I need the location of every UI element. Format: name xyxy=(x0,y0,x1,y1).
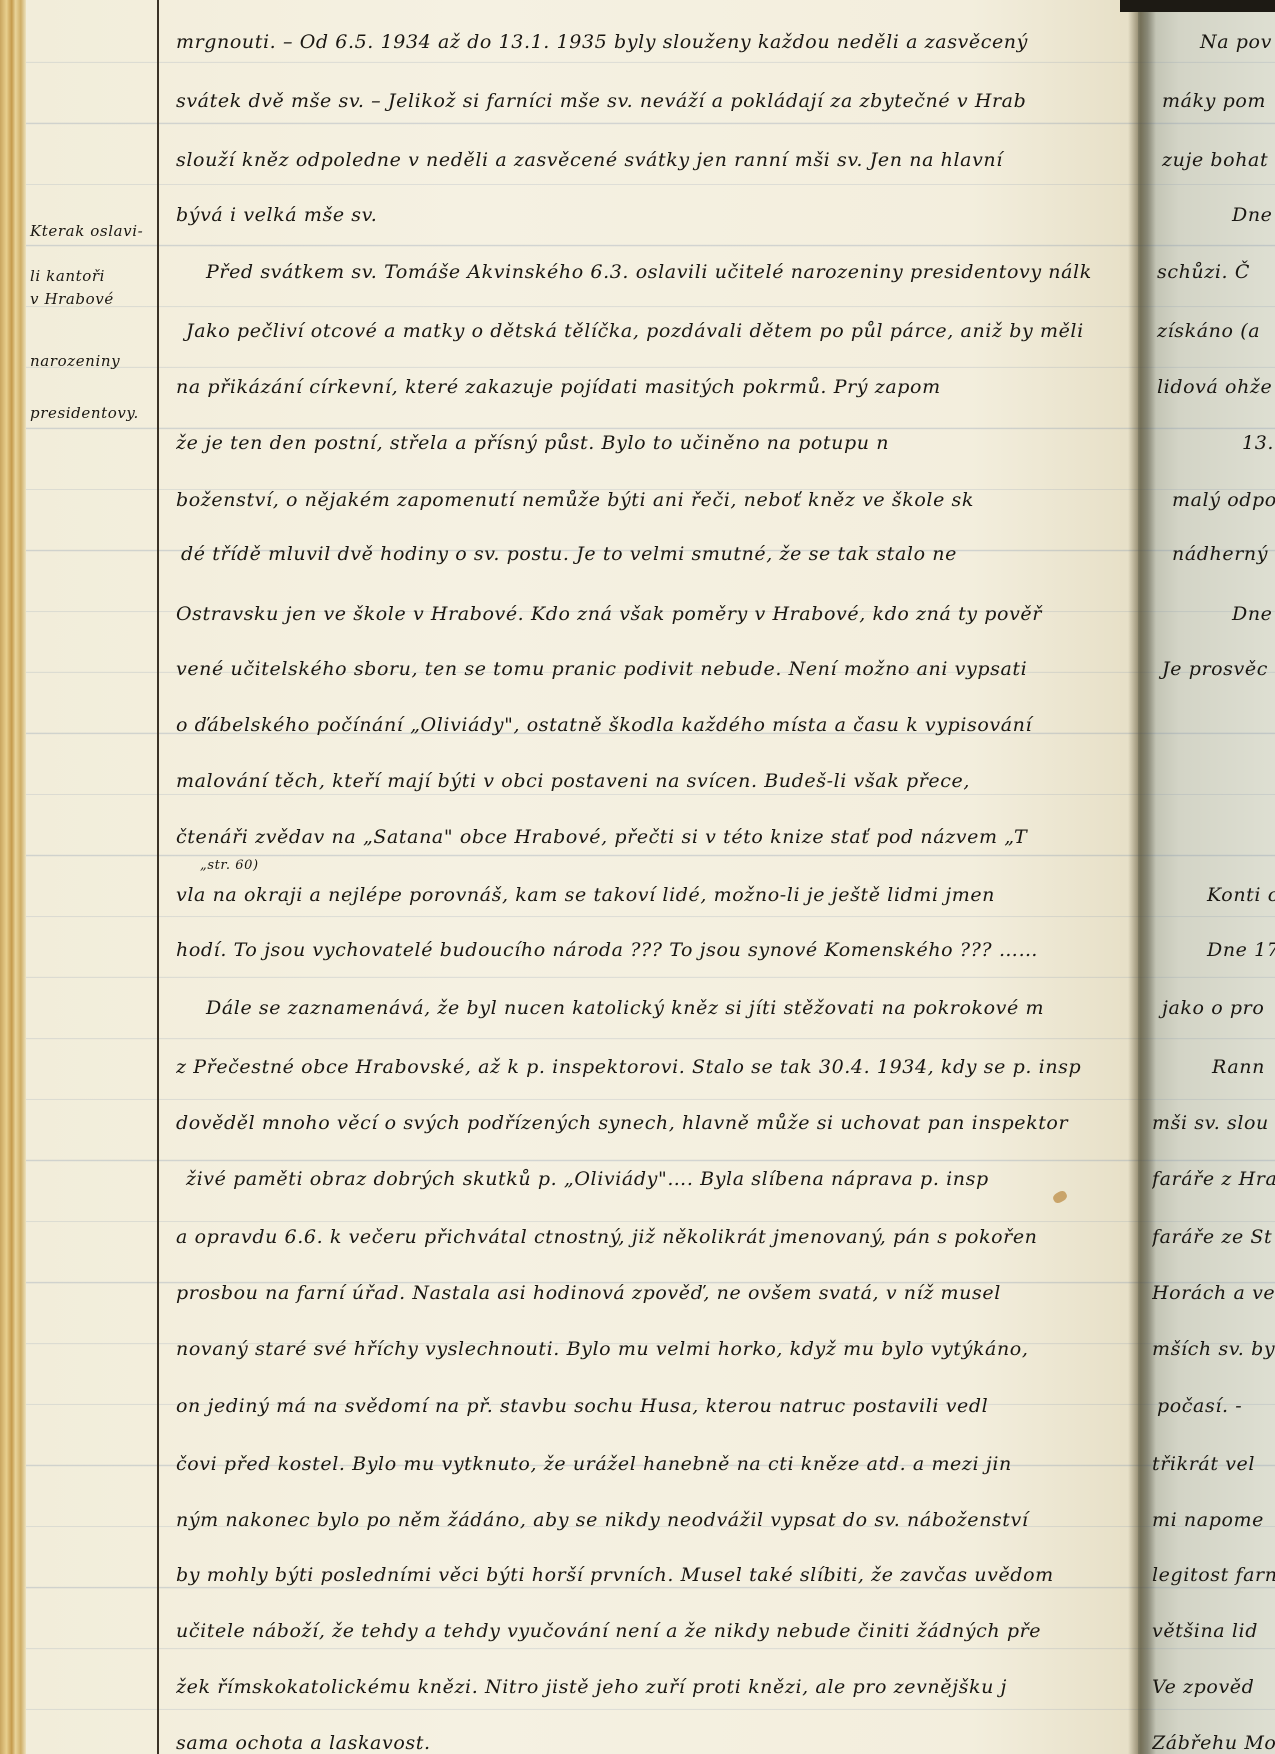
gutter-shadow xyxy=(1128,0,1156,1754)
manuscript-line: o ďábelského počínání „Oliviády", ostatn… xyxy=(176,714,1032,736)
manuscript-line: dověděl mnoho věcí o svých podřízených s… xyxy=(176,1112,1068,1134)
right-page-line: lidová ohže xyxy=(1157,376,1272,398)
right-page-line: Zábřehu Mo xyxy=(1152,1732,1275,1754)
right-page-line: Na pov xyxy=(1200,31,1272,53)
right-page-line: malý odpo xyxy=(1172,489,1275,511)
right-page-text: Na povmáky pomzuje bohatDneschůzi. Čzísk… xyxy=(1152,0,1275,1754)
manuscript-line: prosbou na farní úřad. Nastala asi hodin… xyxy=(176,1282,1001,1304)
right-page-line: faráře ze St xyxy=(1152,1226,1272,1248)
manuscript-line: Jako pečliví otcové a matky o dětská těl… xyxy=(186,320,1084,342)
book-top-shadow xyxy=(1120,0,1275,12)
manuscript-line: čtenáři zvědav na „Satana" obce Hrabové,… xyxy=(176,826,1027,848)
right-page-line: Dne 17. xyxy=(1207,939,1275,961)
manuscript-line: Ostravsku jen ve škole v Hrabové. Kdo zn… xyxy=(176,603,1042,625)
right-page-line: Rann xyxy=(1212,1056,1265,1078)
right-page-line: Dne xyxy=(1232,204,1273,226)
manuscript-line: na přikázání církevní, které zakazuje po… xyxy=(176,376,941,398)
manuscript-line: malování těch, kteří mají býti v obci po… xyxy=(176,770,970,792)
right-page-line: Je prosvěc xyxy=(1162,658,1268,680)
manuscript-line: svátek dvě mše sv. – Jelikož si farníci … xyxy=(176,90,1026,112)
right-page-line: Dne xyxy=(1232,603,1273,625)
manuscript-line: on jediný má na svědomí na př. stavbu so… xyxy=(176,1395,988,1417)
manuscript-line: že je ten den postní, střela a přísný pů… xyxy=(176,432,889,454)
right-page-line: máky pom xyxy=(1162,90,1266,112)
manuscript-line: z Přečestné obce Hrabovské, až k p. insp… xyxy=(176,1056,1081,1078)
manuscript-line: živé paměti obraz dobrých skutků p. „Oli… xyxy=(186,1168,989,1190)
book-binding-edge xyxy=(0,0,26,1754)
manuscript-line: Dále se zaznamenává, že byl nucen katoli… xyxy=(206,997,1044,1019)
manuscript-line: ným nakonec bylo po něm žádáno, aby se n… xyxy=(176,1509,1029,1531)
right-page-line: získáno (a xyxy=(1157,320,1260,342)
right-page-line: většina lid xyxy=(1152,1620,1258,1642)
right-page-line: zuje bohat xyxy=(1162,149,1268,171)
manuscript-line: slouží kněz odpoledne v neděli a zasvěce… xyxy=(176,149,1003,171)
manuscript-line: bývá i velká mše sv. xyxy=(176,204,377,226)
manuscript-line: sama ochota a laskavost. xyxy=(176,1732,431,1754)
manuscript-line: vené učitelského sboru, ten se tomu pran… xyxy=(176,658,1027,680)
manuscript-line: hodí. To jsou vychovatelé budoucího náro… xyxy=(176,939,1038,961)
margin-note: li kantoři xyxy=(30,267,105,285)
margin-note: narozeniny xyxy=(30,352,120,370)
manuscript-line: a opravdu 6.6. k večeru přichvátal ctnos… xyxy=(176,1226,1038,1248)
manuscript-line: boženství, o nějakém zapomenutí nemůže b… xyxy=(176,489,974,511)
margin-note: v Hrabové xyxy=(30,290,114,308)
right-page-line: Konti o xyxy=(1207,884,1275,906)
right-page-line: faráře z Hrab xyxy=(1152,1168,1275,1190)
right-page-line: Horách a vel xyxy=(1152,1282,1275,1304)
right-page-line: legitost farníc xyxy=(1152,1564,1275,1586)
manuscript-line: vla na okraji a nejlépe porovnáš, kam se… xyxy=(176,884,995,906)
manuscript-line: novaný staré své hříchy vyslechnouti. By… xyxy=(176,1338,1028,1360)
manuscript-line: by mohly býti posledními věci býti horší… xyxy=(176,1564,1054,1586)
manuscript-line: dé třídě mluvil dvě hodiny o sv. postu. … xyxy=(181,543,957,565)
manuscript-line: Před svátkem sv. Tomáše Akvinského 6.3. … xyxy=(206,261,1092,283)
right-page-line: mších sv. by xyxy=(1152,1338,1275,1360)
right-page-line: mi napome xyxy=(1152,1509,1264,1531)
manuscript-line: mrgnouti. – Od 6.5. 1934 až do 13.1. 193… xyxy=(176,31,1028,53)
page-reference-note: „str. 60) xyxy=(200,858,259,873)
right-page-line: Ve zpověd xyxy=(1152,1676,1254,1698)
right-page-line: počasí. - xyxy=(1157,1395,1242,1417)
right-page-line: třikrát vel xyxy=(1152,1453,1255,1475)
manuscript-line: čovi před kostel. Bylo mu vytknuto, že u… xyxy=(176,1453,1012,1475)
right-page-line: 13. xyxy=(1242,432,1274,454)
margin-note: presidentovy. xyxy=(30,404,139,422)
margin-note: Kterak oslavi- xyxy=(30,222,143,240)
right-page-line: mši sv. slou xyxy=(1152,1112,1269,1134)
manuscript-line: učitele náboží, že tehdy a tehdy vyučová… xyxy=(176,1620,1041,1642)
margin-line xyxy=(157,0,159,1754)
right-page-line: schůzi. Č xyxy=(1157,261,1250,283)
right-page-line: nádherný xyxy=(1172,543,1268,565)
main-text-body: mrgnouti. – Od 6.5. 1934 až do 13.1. 193… xyxy=(176,0,1134,1754)
manuscript-line: žek římskokatolickému knězi. Nitro jistě… xyxy=(176,1676,1007,1698)
right-page-line: jako o pro xyxy=(1162,997,1264,1019)
